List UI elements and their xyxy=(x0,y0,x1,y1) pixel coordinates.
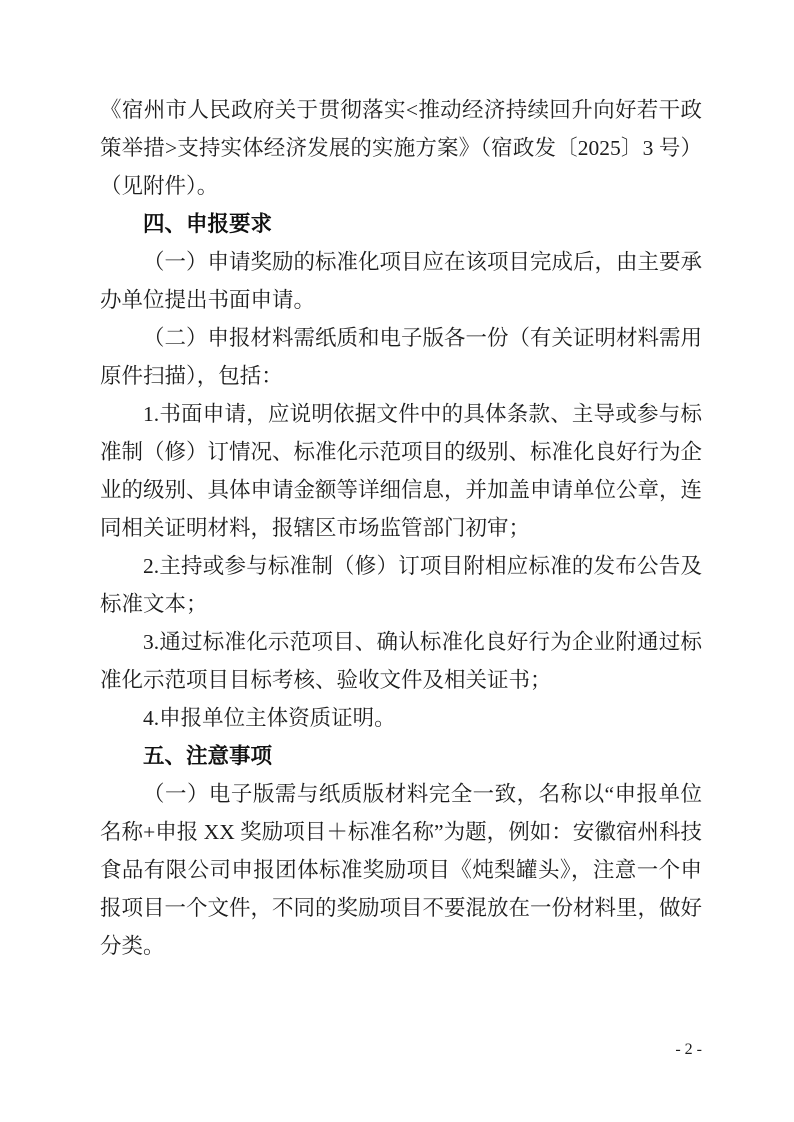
paragraph: 《宿州市人民政府关于贯彻落实<推动经济持续回升向好若干政策举措>支持实体经济发展… xyxy=(100,91,702,205)
paragraph: （一）电子版需与纸质版材料完全一致，名称以“申报单位名称+申报 XX 奖励项目＋… xyxy=(100,775,702,965)
paragraph: 2.主持或参与标准制（修）订项目附相应标准的发布公告及标准文本； xyxy=(100,547,702,623)
section-heading: 四、申报要求 xyxy=(100,205,702,243)
paragraph: （一）申请奖励的标准化项目应在该项目完成后，由主要承办单位提出书面申请。 xyxy=(100,243,702,319)
paragraph: （二）申报材料需纸质和电子版各一份（有关证明材料需用原件扫描），包括： xyxy=(100,319,702,395)
page-number: - 2 - xyxy=(675,1040,702,1060)
paragraph: 3.通过标准化示范项目、确认标准化良好行为企业附通过标准化示范项目目标考核、验收… xyxy=(100,623,702,699)
paragraph: 4.申报单位主体资质证明。 xyxy=(100,699,702,737)
paragraph: 1.书面申请，应说明依据文件中的具体条款、主导或参与标准制（修）订情况、标准化示… xyxy=(100,395,702,547)
section-heading: 五、注意事项 xyxy=(100,737,702,775)
document-body: 《宿州市人民政府关于贯彻落实<推动经济持续回升向好若干政策举措>支持实体经济发展… xyxy=(100,91,702,965)
document-page: 《宿州市人民政府关于贯彻落实<推动经济持续回升向好若干政策举措>支持实体经济发展… xyxy=(0,0,794,1122)
